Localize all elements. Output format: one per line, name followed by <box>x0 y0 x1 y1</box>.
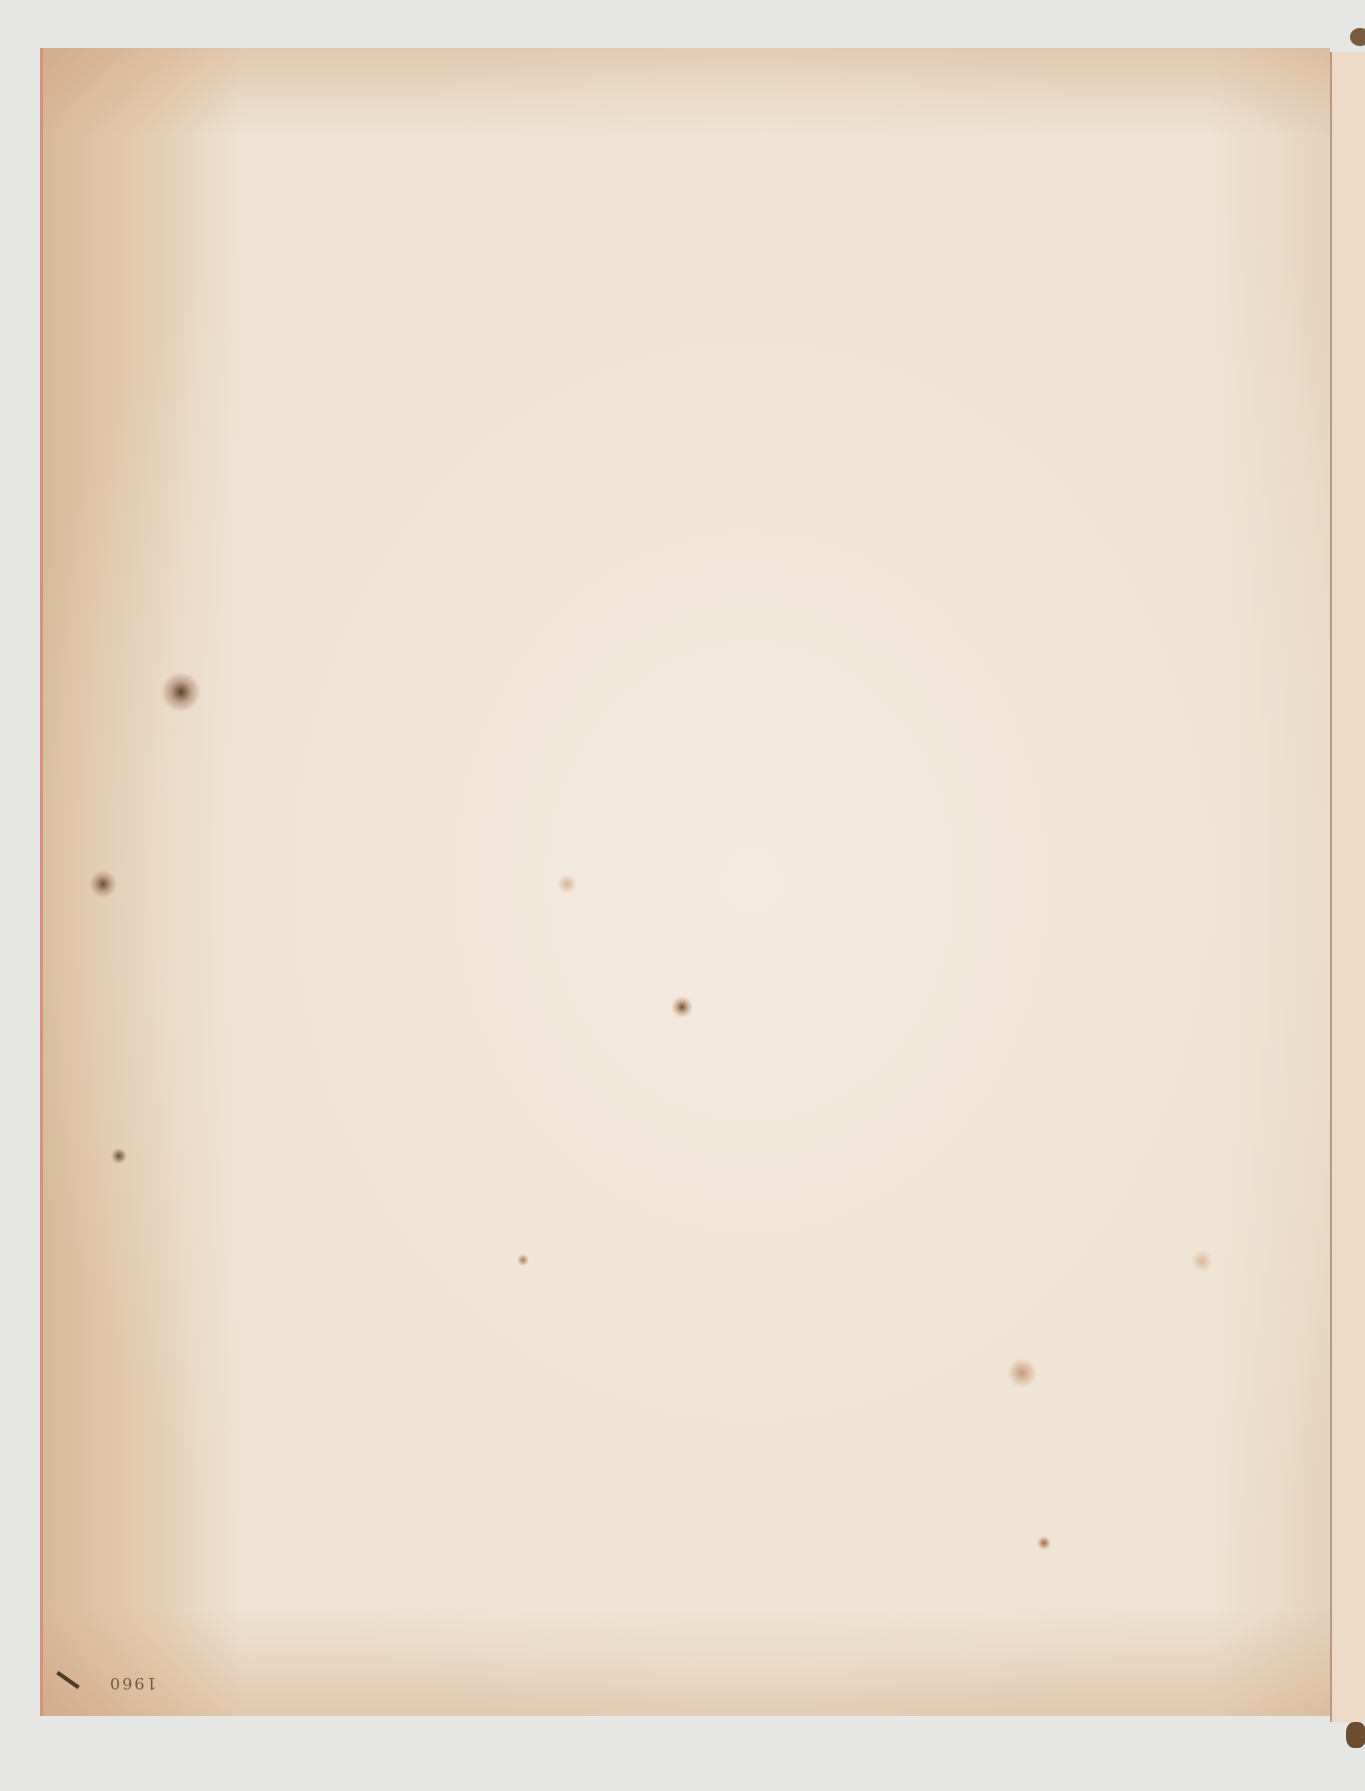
foxing-spot <box>671 996 693 1018</box>
foxing-spot <box>161 672 201 712</box>
book-page <box>40 48 1330 1716</box>
foxing-spot <box>517 1254 529 1266</box>
foxing-spot <box>1191 1250 1213 1272</box>
foxing-spot <box>1007 1358 1037 1388</box>
foxing-spot <box>89 870 117 898</box>
binding-detail <box>1346 1722 1365 1748</box>
corner-number: 1960 <box>108 1674 157 1693</box>
foxing-spot <box>111 1148 127 1164</box>
foxing-spot <box>557 874 577 894</box>
foxing-spot <box>1037 1536 1051 1550</box>
adjacent-page-edge <box>1330 52 1365 1722</box>
binding-detail <box>1350 28 1365 46</box>
